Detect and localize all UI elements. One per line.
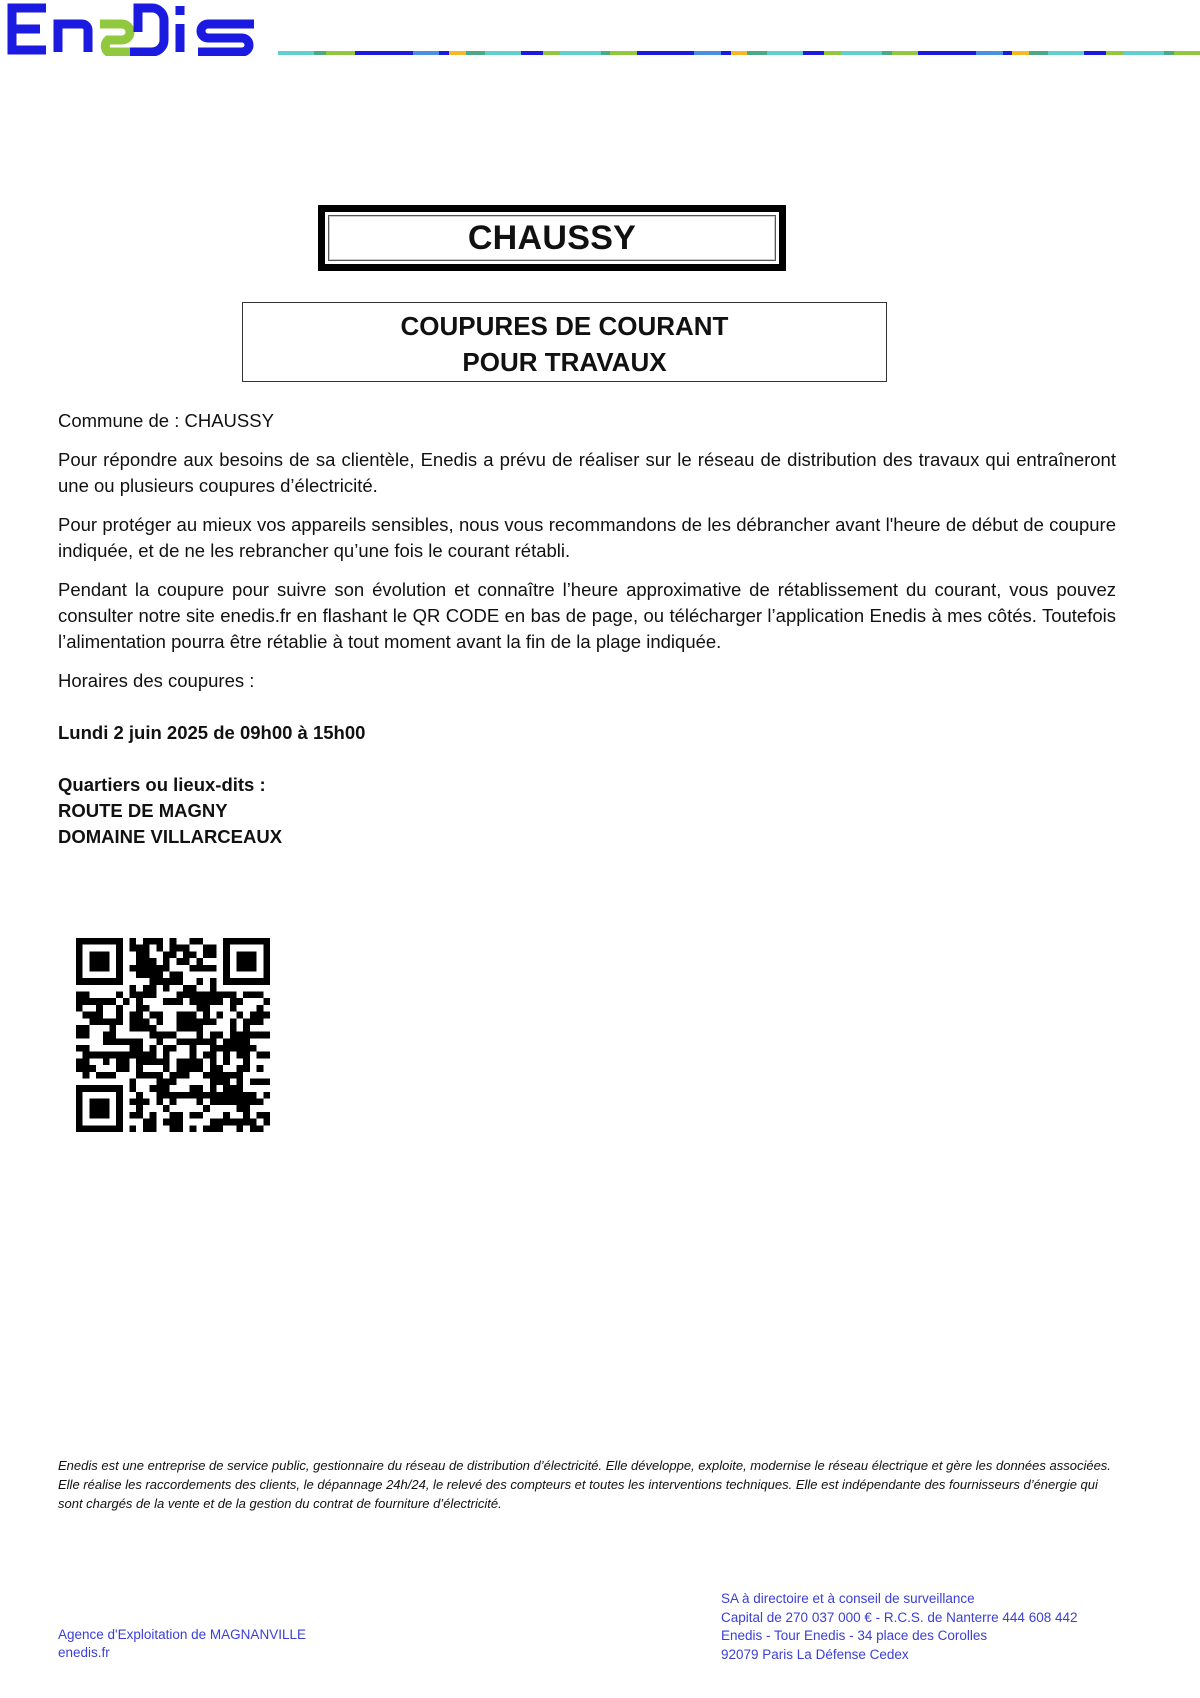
place-item: DOMAINE VILLARCEAUX [58,824,1116,850]
commune-label: Commune de : CHAUSSY [58,408,1116,434]
company-line: SA à directoire et à conseil de surveill… [721,1590,1078,1609]
place-item: ROUTE DE MAGNY [58,798,1116,824]
town-title-box: CHAUSSY [318,205,786,271]
town-title: CHAUSSY [468,219,636,258]
legal-notice: Enedis est une entreprise de service pub… [58,1456,1118,1513]
footer-company-block: SA à directoire et à conseil de surveill… [721,1590,1078,1664]
paragraph-2: Pour protéger au mieux vos appareils sen… [58,512,1116,564]
subtitle-line-1: COUPURES DE COURANT [243,308,886,344]
notice-subtitle-box: COUPURES DE COURANT POUR TRAVAUX [242,302,887,382]
enedis-logo [2,2,264,56]
footer-agency-block: Agence d'Exploitation de MAGNANVILLE ene… [58,1626,306,1662]
schedule-label: Horaires des coupures : [58,668,1116,694]
subtitle-line-2: POUR TRAVAUX [243,344,886,380]
paragraph-1: Pour répondre aux besoins de sa clientèl… [58,447,1116,499]
qr-code-icon[interactable] [76,938,270,1132]
schedule-date: Lundi 2 juin 2025 de 09h00 à 15h00 [58,720,1116,746]
places-label: Quartiers ou lieux-dits : [58,772,1116,798]
website-link[interactable]: enedis.fr [58,1644,306,1662]
brand-color-stripe [278,51,1200,55]
company-line: Capital de 270 037 000 € - R.C.S. de Nan… [721,1609,1078,1628]
company-line: Enedis - Tour Enedis - 34 place des Coro… [721,1627,1078,1646]
paragraph-3: Pendant la coupure pour suivre son évolu… [58,577,1116,655]
agency-name: Agence d'Exploitation de MAGNANVILLE [58,1626,306,1644]
company-line: 92079 Paris La Défense Cedex [721,1646,1078,1665]
